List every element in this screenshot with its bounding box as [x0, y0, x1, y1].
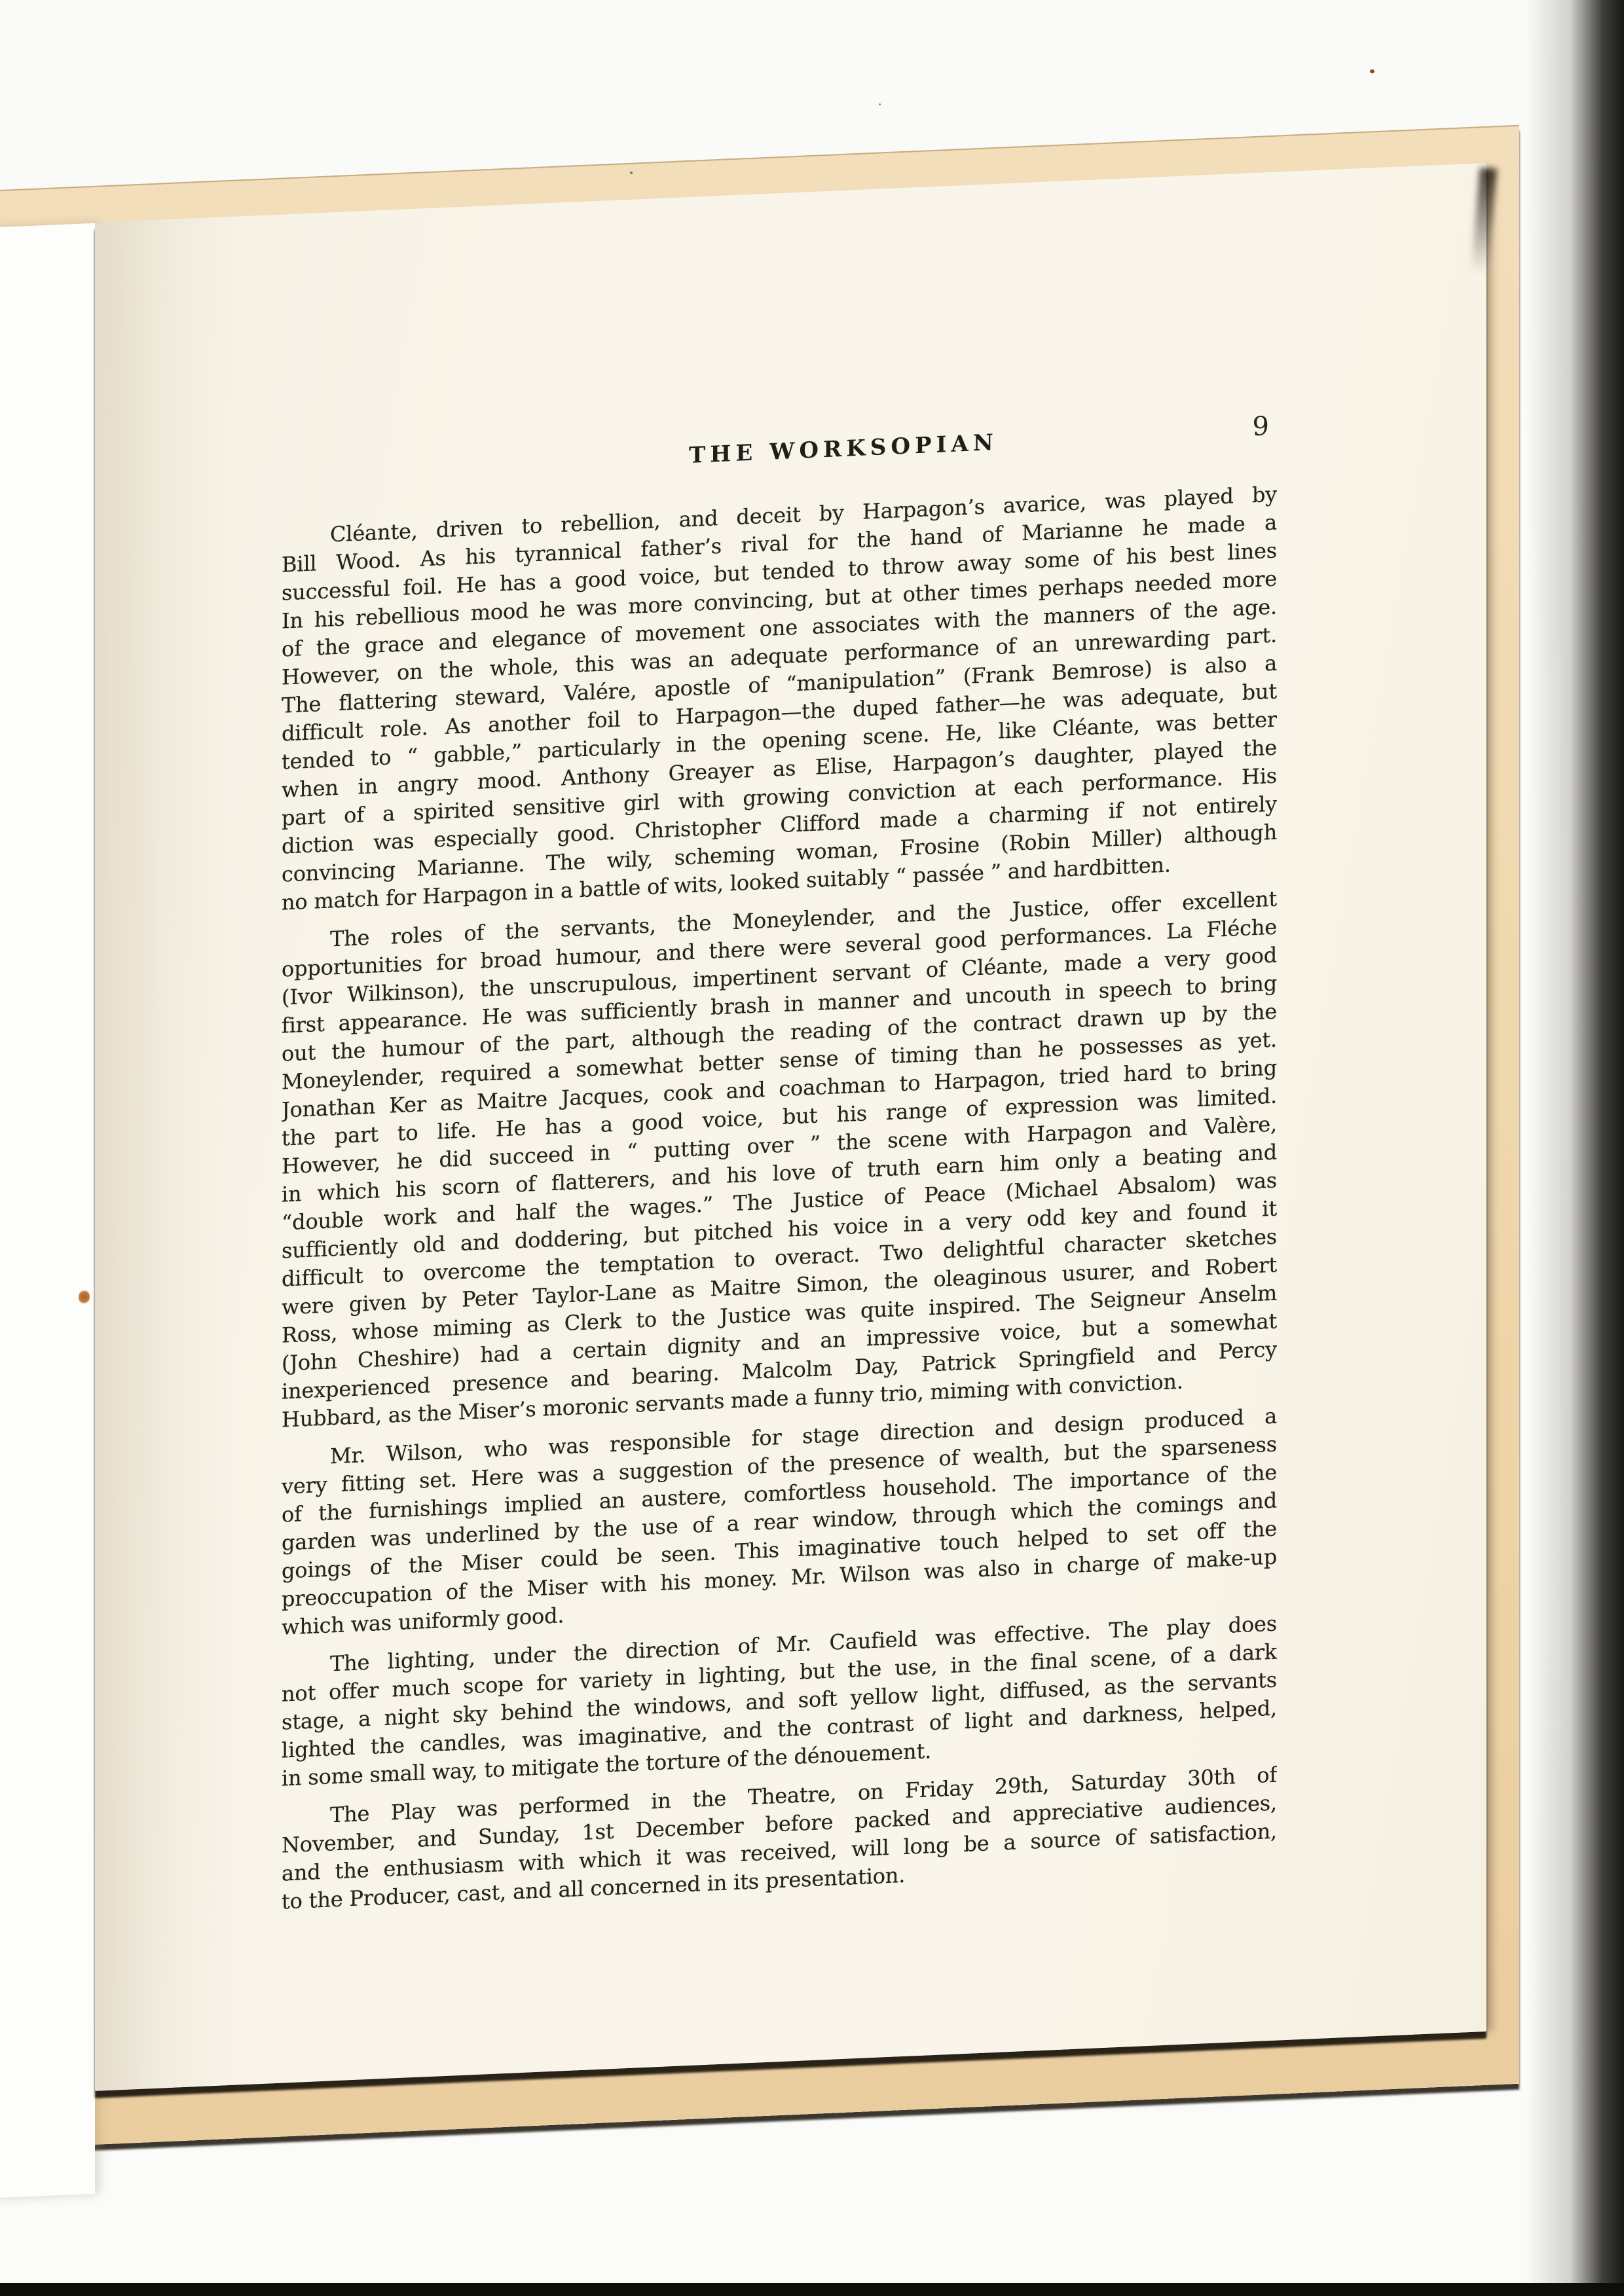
page-text: THE WORKSOPIAN 9 Cléante, driven to rebe…	[282, 172, 1277, 1927]
right-scan-shadow	[1526, 0, 1624, 2283]
paragraphs: Cléante, driven to rebellion, and deceit…	[282, 481, 1277, 1916]
scan-canvas: THE WORKSOPIAN 9 Cléante, driven to rebe…	[0, 0, 1624, 2296]
scanner-background: { "document": { "title": "THE WORKSOPIAN…	[0, 0, 1624, 2296]
page-header: THE WORKSOPIAN 9	[282, 418, 1277, 490]
paragraph: The roles of the servants, the Moneylend…	[282, 885, 1277, 1434]
facing-page	[0, 223, 95, 2204]
gutter-shadow	[95, 217, 236, 2091]
journal-title: THE WORKSOPIAN	[689, 429, 998, 469]
paragraph: The lighting, under the direction of Mr.…	[282, 1610, 1277, 1793]
book: THE WORKSOPIAN 9 Cléante, driven to rebe…	[0, 0, 1624, 2296]
page-number: 9	[1253, 411, 1269, 442]
dust-speck	[1370, 69, 1375, 73]
dust-speck	[879, 103, 881, 105]
paragraph: Mr. Wilson, who was responsible for stag…	[282, 1402, 1277, 1642]
paragraph: Cléante, driven to rebellion, and deceit…	[282, 481, 1277, 917]
dust-speck	[630, 172, 633, 174]
book-page: THE WORKSOPIAN 9 Cléante, driven to rebe…	[95, 163, 1486, 2091]
bottom-scan-edge	[0, 2283, 1624, 2296]
